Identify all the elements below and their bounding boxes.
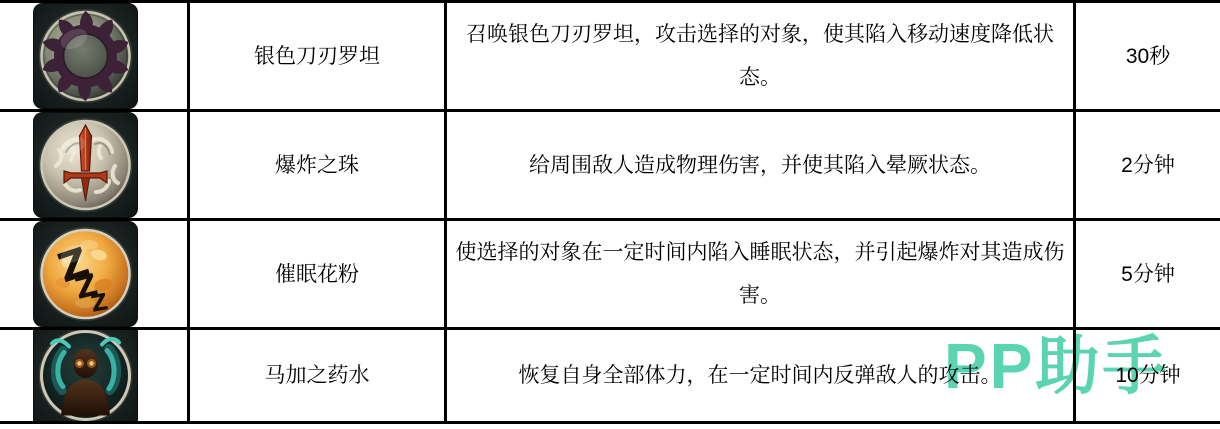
table-row-divider	[0, 218, 1220, 221]
item-duration: 30秒	[1076, 3, 1220, 109]
item-description: 恢复自身全部体力，在一定时间内反弹敌人的攻击。	[447, 330, 1073, 421]
item-duration: 5分钟	[1076, 221, 1220, 327]
item-description: 使选择的对象在一定时间内陷入睡眠状态，并引起爆炸对其造成伤害。	[447, 221, 1073, 327]
item-name: 爆炸之珠	[190, 112, 444, 218]
table-column-divider	[444, 0, 447, 424]
item-icon-maga-potion	[33, 330, 138, 421]
silver-blade-wheel-icon	[33, 3, 138, 109]
item-icon-explosion-bead	[33, 112, 138, 218]
table-column-divider	[1073, 0, 1076, 424]
item-table-page: PP助手	[0, 0, 1220, 429]
item-name: 催眠花粉	[190, 221, 444, 327]
table-row-divider	[0, 327, 1220, 330]
explosion-bead-icon	[33, 112, 138, 218]
item-table: 银色刀刃罗坦 召唤银色刀刃罗坦，攻击选择的对象，使其陷入移动速度降低状态。 30…	[0, 0, 1220, 429]
item-description: 召唤银色刀刃罗坦，攻击选择的对象，使其陷入移动速度降低状态。	[447, 3, 1073, 109]
table-border-top	[0, 0, 1220, 3]
table-row-divider	[0, 109, 1220, 112]
item-duration: 2分钟	[1076, 112, 1220, 218]
maga-potion-figure-icon	[33, 330, 138, 421]
sleep-pollen-zzz-icon: Z Z Z	[33, 221, 138, 327]
item-name: 马加之药水	[190, 330, 444, 421]
item-icon-sleep-pollen: Z Z Z	[33, 221, 138, 327]
item-description: 给周围敌人造成物理伤害，并使其陷入晕厥状态。	[447, 112, 1073, 218]
table-column-divider	[187, 0, 190, 424]
item-icon-silver-blade-rotan	[33, 3, 138, 109]
item-name: 银色刀刃罗坦	[190, 3, 444, 109]
item-duration: 10分钟	[1076, 330, 1220, 421]
table-border-bottom	[0, 421, 1220, 424]
